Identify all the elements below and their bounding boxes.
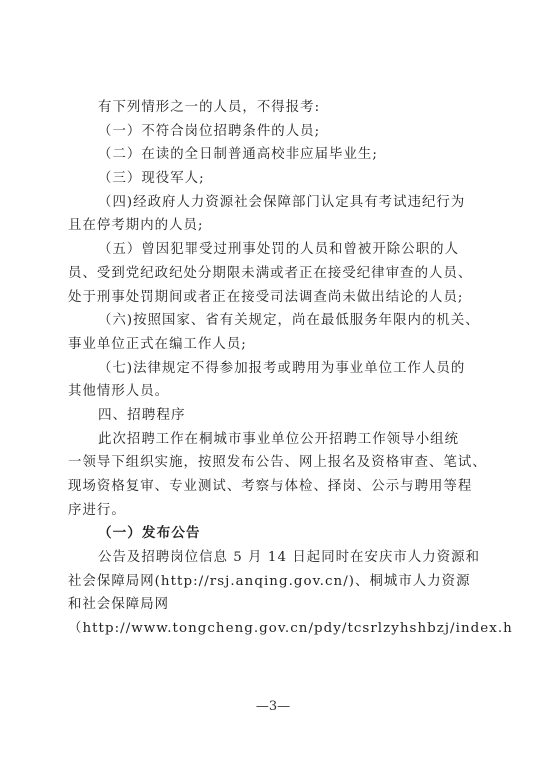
list-item-3: （三）现役军人;: [68, 167, 472, 191]
list-item-5: （五）曾因犯罪受过刑事处罚的人员和曾被开除公职的人: [68, 238, 472, 262]
paragraph-procedure-cont-2: 现场资格复审、专业测试、考察与体检、择岗、公示与聘用等程: [68, 475, 472, 499]
list-item-5-cont-1: 员、受到党纪政纪处分期限未满或者正在接受纪律审查的人员、: [68, 262, 472, 286]
paragraph-procedure: 此次招聘工作在桐城市事业单位公开招聘工作领导小组统: [68, 428, 472, 452]
list-item-5-cont-2: 处于刑事处罚期间或者正在接受司法调查尚未做出结论的人员;: [68, 286, 472, 310]
page-number: —3—: [0, 699, 546, 714]
list-item-1: （一）不符合岗位招聘条件的人员;: [68, 120, 472, 144]
list-item-6-cont: 事业单位正式在编工作人员;: [68, 333, 472, 357]
list-item-7: （七)法律规定不得参加报考或聘用为事业单位工作人员的: [68, 357, 472, 381]
list-item-2: （二）在读的全日制普通高校非应届毕业生;: [68, 143, 472, 167]
paragraph-procedure-cont-3: 序进行。: [68, 499, 472, 523]
document-page: 有下列情形之一的人员，不得报考: （一）不符合岗位招聘条件的人员; （二）在读的…: [68, 96, 472, 641]
paragraph-announcement-cont-1: 社会保障局网(http://rsj.anqing.gov.cn/)、桐城市人力资…: [68, 570, 472, 594]
list-item-7-cont: 其他情形人员。: [68, 380, 472, 404]
paragraph-procedure-cont-1: 一领导下组织实施，按照发布公告、网上报名及资格审查、笔试、: [68, 451, 472, 475]
paragraph-announcement-cont-2: 和社会保障局网: [68, 593, 472, 617]
list-item-4: （四)经政府人力资源社会保障部门认定具有考试违纪行为: [68, 191, 472, 215]
list-item-6: （六)按照国家、省有关规定，尚在最低服务年限内的机关、: [68, 309, 472, 333]
list-item-4-cont: 且在停考期内的人员;: [68, 214, 472, 238]
paragraph-announcement: 公告及招聘岗位信息 5 月 14 日起同时在安庆市人力资源和: [68, 546, 472, 570]
subsection-heading-publish-announcement: （一）发布公告: [68, 522, 472, 546]
section-heading-recruitment-procedure: 四、招聘程序: [68, 404, 472, 428]
paragraph-intro: 有下列情形之一的人员，不得报考:: [68, 96, 472, 120]
paragraph-announcement-url: （http://www.tongcheng.gov.cn/pdy/tcsrlzy…: [68, 617, 472, 641]
